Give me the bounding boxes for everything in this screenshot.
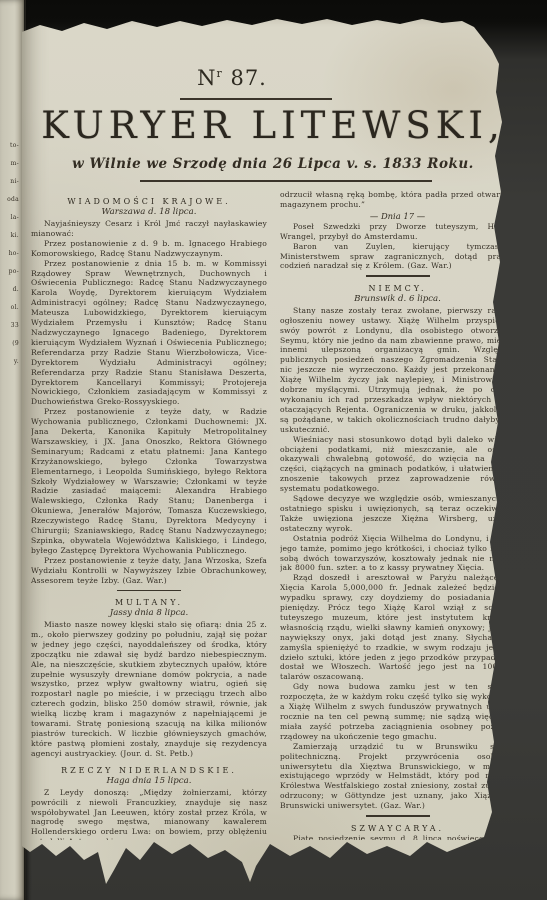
article-paragraph: Zamierzają urządzić tu w Brunswiku szkoł…	[280, 742, 515, 811]
margin-fragment: ki.	[11, 232, 19, 239]
article-paragraph: Stany nasze zostały teraz zwołane, pierw…	[280, 306, 515, 435]
article-heading: Multany.	[31, 598, 267, 607]
section-rule	[117, 590, 181, 592]
newspaper-title: KURYER LITEWSKI,	[22, 104, 524, 147]
article-heading: Szwaycarya.	[280, 824, 515, 833]
article-paragraph: Gdy nowa budowa zamku jest w ten sposób …	[280, 682, 515, 741]
article-paragraph: Miasto nasze nowey klęski stało się ofia…	[31, 620, 267, 759]
issue-number-prefix: N	[197, 66, 216, 90]
article-paragraph: Baron van Zuylen, kierujący tymczasowo M…	[280, 242, 515, 272]
article-paragraph: Wieśniacy nasi stosunkowo dotąd byli dal…	[280, 435, 515, 494]
section-rule	[366, 275, 430, 277]
article-dateline: Warszawa d. 18 lipca.	[31, 207, 267, 217]
issue-number-sup: r	[217, 67, 223, 80]
article-paragraph: Przez postanowienie z teyże daty, Jana W…	[31, 556, 267, 586]
margin-fragment: y.	[14, 358, 19, 365]
scan-background: { "meta": { "background_color": "#3a3a37…	[0, 0, 547, 900]
newspaper-page: Nr 87. KURYER LITEWSKI, w Wilnie we Srzo…	[22, 10, 524, 892]
article-paragraph: Przez postanowienie z dnia 15 b. m. w Ko…	[31, 259, 267, 408]
margin-fragment: to-	[10, 142, 19, 149]
article-heading: Niemcy.	[280, 284, 515, 293]
masthead-rule	[140, 180, 432, 182]
margin-fragment: (9	[12, 340, 19, 347]
margin-fragment: d.	[13, 286, 19, 293]
margin-fragment: ni-	[10, 178, 19, 185]
margin-fragment: m-	[11, 160, 19, 167]
margin-fragment: ol.	[11, 304, 19, 311]
article-paragraph: Nayjaśnieyszy Cesarz i Król Jmć raczył n…	[31, 219, 267, 239]
issue-number-rule	[180, 98, 332, 100]
article-dateline: Jassy dnia 8 lipca.	[31, 608, 267, 618]
article-continuation: odrzucił własną ręką bombę, która padła …	[280, 190, 515, 210]
article-paragraph: Z Leydy donoszą: „Między żołnierzami, kt…	[31, 788, 267, 840]
article-dateline: Haga dnia 15 lipca.	[31, 776, 267, 786]
margin-fragment: ho-	[9, 250, 19, 257]
margin-fragment: la-	[11, 214, 19, 221]
article-paragraph: Poseł Szwedzki przy Dworze tuteyszym, Hr…	[280, 222, 515, 242]
article-paragraph: Sądowe decyzye we względzie osób, wmiesz…	[280, 494, 515, 534]
margin-fragment: po-	[9, 268, 19, 275]
article-paragraph: Piąte posiedzenie seymu d. 8 lipca poświ…	[280, 834, 515, 840]
article-columns: Wiadomości Krajowe.Warszawa d. 18 lipca.…	[31, 190, 515, 840]
section-rule	[366, 815, 430, 817]
article-column-left: Wiadomości Krajowe.Warszawa d. 18 lipca.…	[31, 190, 267, 840]
article-paragraph: Rząd doszedł i aresztował w Paryżu należ…	[280, 573, 515, 682]
article-paragraph: Przez postanowienie z d. 9 b. m. Ignaceg…	[31, 239, 267, 259]
margin-fragment: oda	[7, 196, 19, 203]
issue-number-value: 87.	[230, 66, 266, 90]
article-paragraph: Przez postanowienie z teyże daty, w Radz…	[31, 407, 267, 556]
article-heading: Wiadomości Krajowe.	[31, 197, 267, 206]
margin-fragment: 33	[11, 322, 19, 329]
article-paragraph: Ostatnia podróż Xięcia Wilhelma do Londy…	[280, 534, 515, 574]
masthead-dateline: w Wilnie we Srzodę dnia 26 Lipca v. s. 1…	[22, 156, 524, 172]
article-dateline: Brunswik d. 6 lipca.	[280, 294, 515, 304]
article-heading: Rzeczy Niderlandskie.	[31, 766, 267, 775]
article-column-right: odrzucił własną ręką bombę, która padła …	[280, 190, 515, 840]
dash-dateline: — Dnia 17 —	[280, 211, 515, 221]
issue-number: Nr 87.	[22, 66, 442, 90]
